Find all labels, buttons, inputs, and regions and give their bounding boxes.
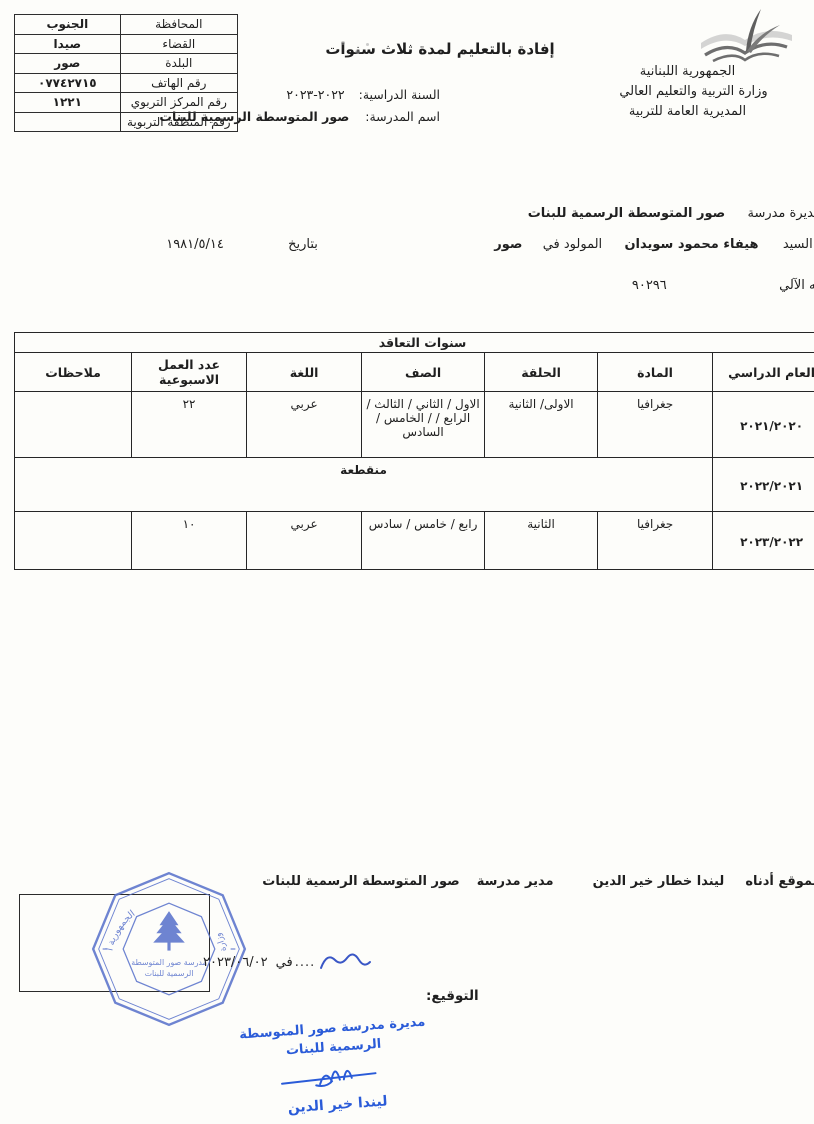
col-header-language: اللغة — [247, 353, 362, 392]
col-header-year: العام الدراسي — [713, 353, 814, 392]
document-title: إفادة بالتعليم لمدة ثلاث سنوات — [295, 40, 585, 58]
signature-label: التوقيع: — [426, 988, 479, 1004]
ministry-logo-icon — [695, 5, 795, 65]
col-header-grade: الصف — [362, 353, 485, 392]
undersigned-label: الموقع أدناه — [745, 874, 814, 889]
scan-speck — [355, 50, 360, 54]
table-row: رقم المركز التربوي ١٢٢١ — [15, 93, 238, 113]
ministry-header: الجمهورية اللبنانية وزارة التربية والتعل… — [570, 62, 805, 121]
undersigned-name: ليندا خطار خير الدين — [593, 874, 725, 889]
table-row: المحافظة الجنوب — [15, 15, 238, 35]
cell-discontinued: منقطعة — [15, 458, 713, 512]
auto-number-label: رقمه الآلي — [779, 278, 814, 293]
col-header-cycle: الحلقة — [485, 353, 598, 392]
table-row: ٢٠٢٢/٢٠٢١ منقطعة — [15, 458, 814, 512]
cell-year: ٢٠٢٢/٢٠٢١ — [713, 458, 814, 512]
undersigned-role: مدير مدرسة — [477, 874, 554, 889]
cell-subject: جغرافيا — [598, 512, 713, 570]
info-label: القضاء — [120, 34, 237, 54]
col-header-subject: المادة — [598, 353, 713, 392]
cell-notes — [15, 392, 132, 458]
info-value: صيدا — [15, 34, 121, 54]
dotted-line: .... — [295, 955, 316, 970]
info-value: ١٢٢١ — [15, 93, 121, 113]
born-label: المولود في — [543, 237, 602, 252]
school-year-value: ٢٠٢٢-٢٠٢٣ — [286, 87, 344, 102]
cell-year: ٢٠٢١/٢٠٢٠ — [713, 392, 814, 458]
info-value: الجنوب — [15, 15, 121, 35]
table-row: رقم الهاتف ٠٧٧٤٢٧١٥ — [15, 73, 238, 93]
svg-text:الجمهورية اللبنانية: الجمهورية اللبنانية — [87, 870, 137, 952]
info-label: رقم الهاتف — [120, 73, 237, 93]
col-header-hours: عدد العمل الاسبوعية — [132, 353, 247, 392]
place-date-line: .... في ٢٠٢٣/٠٦/٠٢ — [203, 946, 373, 978]
cell-notes — [15, 512, 132, 570]
statement-line-3: رقمه الآلي ٩٠٢٩٦ — [632, 278, 814, 293]
info-value — [15, 112, 121, 132]
stamp-top-arc-text: الجمهورية اللبنانية — [87, 870, 137, 952]
scan-speck — [366, 43, 369, 46]
school-year-label: السنة الدراسية: — [359, 87, 440, 102]
table-row: البلدة صور — [15, 54, 238, 74]
scan-speck — [341, 41, 345, 45]
date-label: بتاريخ — [288, 237, 318, 252]
table-header-row: العام الدراسي المادة الحلقة الصف اللغة ع… — [15, 353, 814, 392]
blue-director-stamp: مديرة مدرسة صور المتوسطة الرسمية للبنات … — [223, 1013, 447, 1123]
info-value: صور — [15, 54, 121, 74]
cell-subject: جغرافيا — [598, 392, 713, 458]
statement-line-2: بأن السيد هيفاء محمود سويدان المولود في … — [166, 237, 814, 252]
table-title-row: سنوات التعاقد — [15, 333, 814, 353]
statement-prefix2: بأن السيد — [783, 237, 814, 252]
undersigned-line: الموقع أدناه ليندا خطار خير الدين مدير م… — [262, 874, 814, 889]
col-header-notes: ملاحظات — [15, 353, 132, 392]
birthplace: صور — [494, 237, 522, 252]
cell-hours: ١٠ — [132, 512, 247, 570]
info-value: ٠٧٧٤٢٧١٥ — [15, 73, 121, 93]
directorate-line: المديرية العامة للتربية — [570, 102, 805, 122]
issue-date: ٢٠٢٣/٠٦/٠٢ — [203, 955, 268, 970]
scanned-certificate-page: { "header": { "republic": "الجمهورية الل… — [0, 0, 814, 1124]
table-row: رقم المنطقة التربوية — [15, 112, 238, 132]
cell-grade: الاول / الثاني / الثالث / الرابع / / الخ… — [362, 392, 485, 458]
contract-years-table: سنوات التعاقد العام الدراسي المادة الحلق… — [14, 332, 814, 570]
birthdate: ١٩٨١/٥/١٤ — [166, 237, 224, 252]
school-name-label: اسم المدرسة: — [365, 109, 440, 124]
contract-table-title: سنوات التعاقد — [15, 333, 814, 353]
info-label: المحافظة — [120, 15, 237, 35]
undersigned-school: صور المتوسطة الرسمية للبنات — [262, 874, 459, 889]
table-row: ٢٠٢١/٢٠٢٠ جغرافيا الاولى/ الثانية الاول … — [15, 392, 814, 458]
location-info-table: المحافظة الجنوب القضاء صيدا البلدة صور ر… — [14, 14, 238, 132]
table-row: القضاء صيدا — [15, 34, 238, 54]
date-prefix: في — [276, 955, 293, 970]
cell-grade: رابع / خامس / سادس — [362, 512, 485, 570]
cell-language: عربي — [247, 392, 362, 458]
cell-year: ٢٠٢٣/٢٠٢٢ — [713, 512, 814, 570]
cell-language: عربي — [247, 512, 362, 570]
teacher-name: هيفاء محمود سويدان — [624, 237, 758, 252]
table-row: ٢٠٢٣/٢٠٢٢ جغرافيا الثانية رابع / خامس / … — [15, 512, 814, 570]
handwritten-place-scribble — [317, 946, 373, 978]
stamp-inner-line1: مدرسة صور المتوسطة — [131, 958, 207, 967]
cell-cycle: الاولى/ الثانية — [485, 392, 598, 458]
statement-line-1: تفيد مديرة مدرسة صور المتوسطة الرسمية لل… — [528, 206, 814, 221]
cell-cycle: الثانية — [485, 512, 598, 570]
cell-hours: ٢٢ — [132, 392, 247, 458]
auto-number-value: ٩٠٢٩٦ — [632, 278, 667, 293]
info-label: البلدة — [120, 54, 237, 74]
statement-school: صور المتوسطة الرسمية للبنات — [528, 206, 725, 221]
republic-line: الجمهورية اللبنانية — [570, 62, 805, 82]
ministry-line: وزارة التربية والتعليم العالي — [564, 82, 814, 102]
info-label: رقم المنطقة التربوية — [120, 112, 237, 132]
blue-stamp-name: ليندا خير الدين — [228, 1087, 447, 1122]
stamp-inner-line2: الرسمية للبنات — [145, 969, 194, 978]
statement-prefix: تفيد مديرة مدرسة — [747, 206, 814, 221]
info-label: رقم المركز التربوي — [120, 93, 237, 113]
